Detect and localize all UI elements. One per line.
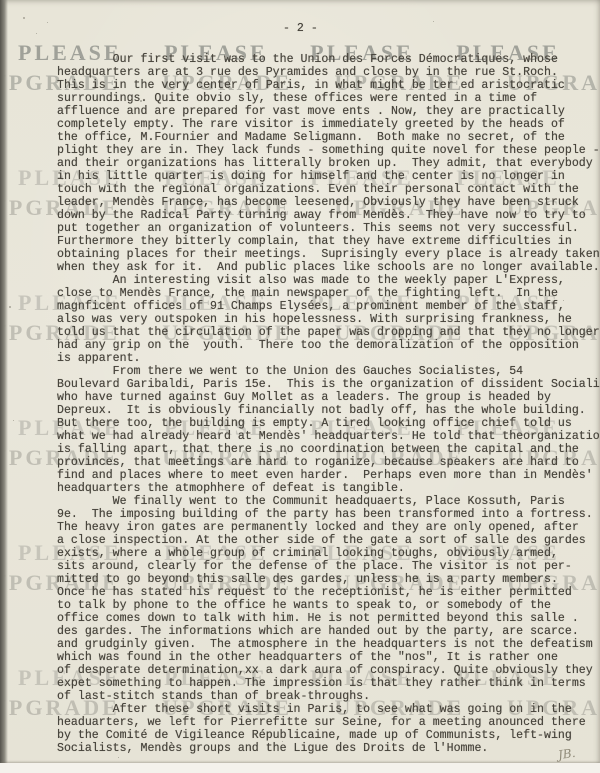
text-line: also was very outspoken in his hopelessn… — [57, 313, 600, 326]
text-line: told us that the circulation of the pape… — [57, 326, 600, 339]
text-line: An interesting visit also was made to th… — [57, 274, 600, 287]
handwritten-initials: JB. — [557, 746, 576, 762]
text-line: completely empty. The rare visitor is im… — [57, 118, 600, 131]
text-line: obtaining places for their meetings. Sup… — [57, 248, 600, 261]
paper-speck — [140, 100, 142, 102]
scan-edge-bottom — [0, 763, 600, 773]
paper-speck — [563, 300, 564, 301]
paper-speck — [13, 420, 14, 421]
text-line: expet something to happen. The impressio… — [57, 677, 600, 690]
text-line: a close inspection. At the other side of… — [57, 534, 600, 547]
text-line: is apparent. — [57, 352, 600, 365]
text-line: des gardes. The informations which are h… — [57, 625, 600, 638]
text-line: provinces, that meetings are hard to rog… — [57, 456, 600, 469]
text-line: of desperate determination,xx a dark aur… — [57, 664, 600, 677]
text-line: plight they are in. They lack funds - so… — [57, 144, 600, 157]
text-line: to talk by phone to the office he wants … — [57, 599, 600, 612]
text-line: Furthermore they bitterly complain, that… — [57, 235, 600, 248]
text-line: touch with the regional organizations. E… — [57, 183, 600, 196]
text-line: find and places where to meet even harde… — [57, 469, 600, 482]
text-line: by the Comité de Vigileance Républicaine… — [57, 729, 600, 742]
text-line: the office, M.Fournier and Madame Seligm… — [57, 131, 600, 144]
text-line: and grudginly given. The atmosphere in t… — [57, 638, 600, 651]
text-line: which was found in the other headquarter… — [57, 651, 600, 664]
text-line: put together an organization of voluntee… — [57, 222, 600, 235]
text-line: had any grip on the youth. There too the… — [57, 339, 600, 352]
text-line: magnficent offices of 91 Champs Elysées,… — [57, 300, 600, 313]
text-line: when they ask for it. And public places … — [57, 261, 600, 274]
text-line: sits around, clearly for the defense of … — [57, 560, 600, 573]
paper-speck — [47, 22, 48, 23]
text-line: From there we went to the Union des Gauc… — [57, 365, 600, 378]
text-line: office comes down to talk with him. He i… — [57, 612, 600, 625]
paper-speck — [118, 757, 119, 758]
text-line: surroundings. Quite obvio sly, these off… — [57, 92, 600, 105]
text-line: Boulevard Garibaldi, Paris 15e. This is … — [57, 378, 600, 391]
text-line: Once he has stated his request to the re… — [57, 586, 600, 599]
paper-speck — [80, 57, 81, 58]
text-line: headquarters are at 3 rue des Pyramides … — [57, 66, 600, 79]
text-line: affluence and are prepared for vast move… — [57, 105, 600, 118]
text-line: is falling apart, that there is no coord… — [57, 443, 600, 456]
text-line: mitted to go beyond this salle des garde… — [57, 573, 600, 586]
text-line: who have turned against Guy Mollet as a … — [57, 391, 600, 404]
text-line: 9e. The imposing building of the party h… — [57, 508, 600, 521]
paper-speck — [9, 306, 11, 308]
text-line: This is in the very center of Paris, in … — [57, 79, 600, 92]
text-line: The heavy iron gates are permanently loc… — [57, 521, 600, 534]
typewritten-text-block: Our first visit was to the Union des For… — [57, 53, 600, 755]
text-line: headuarters, we left for Pierrefitte sur… — [57, 716, 600, 729]
page-number: - 2 - — [283, 22, 318, 35]
text-line: After these short visits in Paris, to se… — [57, 703, 600, 716]
scanned-document-page: PLEASE PLEASE PLEASE PLEASE PLEASEPLEASE… — [0, 0, 600, 773]
text-line: But there too, the building is empty. A … — [57, 417, 600, 430]
text-line: close to Mendès France, the main newspap… — [57, 287, 600, 300]
text-line: We finally went to the Communit headquae… — [57, 495, 600, 508]
text-line: down by the Radical Party turning away f… — [57, 209, 600, 222]
text-line: Our first visit was to the Union des For… — [57, 53, 600, 66]
text-line: Socialists, Mendès groups and the Ligue … — [57, 742, 600, 755]
paper-speck — [520, 112, 521, 113]
text-line: headquarters the atmophhere of defeat is… — [57, 482, 600, 495]
paper-speck — [36, 33, 37, 34]
scan-edge-left — [0, 0, 8, 764]
text-line: and their organizations has litterally b… — [57, 157, 600, 170]
text-line: in his little quarter is doing for himse… — [57, 170, 600, 183]
text-line: leader, Mendès France, has become leesen… — [57, 196, 600, 209]
text-line: exists, where a whole group of criminal … — [57, 547, 600, 560]
text-line: of last-stitch stands than of break-thro… — [57, 690, 600, 703]
paper-speck — [282, 741, 283, 742]
paper-speck — [433, 21, 434, 22]
paper-speck — [23, 17, 25, 19]
text-line: Depreux. It is obviously financially not… — [57, 404, 600, 417]
text-line: what we had already heard at Mendès' hea… — [57, 430, 600, 443]
